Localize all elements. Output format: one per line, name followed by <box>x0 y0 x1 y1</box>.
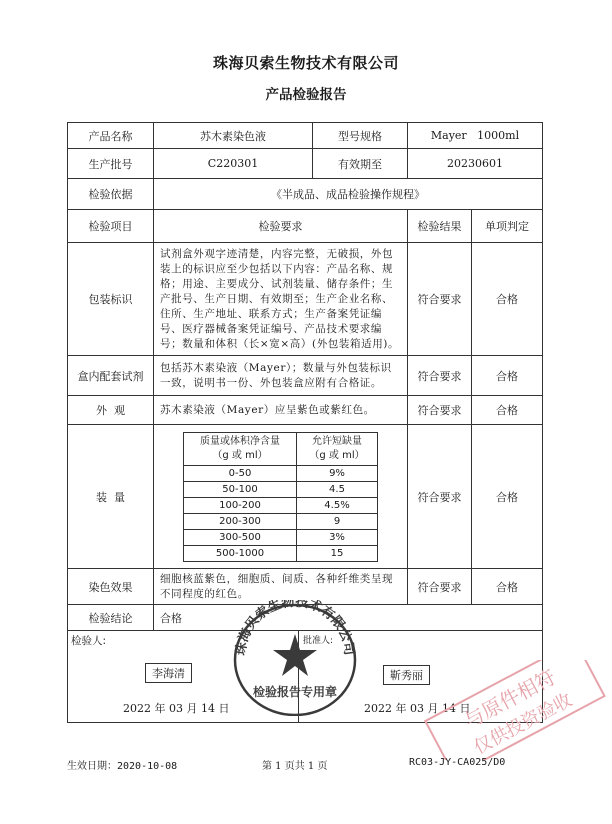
volume-row: 500-100015 <box>184 545 378 561</box>
report-title: 产品检验报告 <box>0 83 612 103</box>
item-result: 符合要求 <box>408 396 472 424</box>
column-item: 检验项目 <box>68 210 154 242</box>
allowed-shortage: 9 <box>297 513 378 529</box>
item-name: 盒内配套试剂 <box>68 356 154 395</box>
header-line: （g 或 ml） <box>301 449 373 463</box>
volume-header-left: 质量或体积净含量 （g 或 ml） <box>184 432 297 465</box>
item-name: 外 观 <box>68 396 154 424</box>
item-requirement: 苏木素染液（Mayer）应呈紫色或紫红色。 <box>154 396 408 424</box>
model-label: 型号规格 <box>313 123 408 148</box>
allowed-shortage: 15 <box>297 545 378 561</box>
conclusion-value: 合格 <box>154 605 542 630</box>
item-row-kit-reagents: 盒内配套试剂 包括苏木素染液（Mayer）；数量与外包装标识一致，说明书一份、外… <box>68 356 542 396</box>
approver-date: 2022 年 03 月 14 日 <box>364 700 470 716</box>
expiry-value: 20230601 <box>408 149 542 178</box>
company-name: 珠海贝索生物技术有限公司 <box>0 52 612 73</box>
product-name-value: 苏木素染色液 <box>154 123 313 148</box>
header-line: 质量或体积净含量 <box>188 435 292 449</box>
conclusion-label: 检验结论 <box>68 605 154 630</box>
product-info-row: 产品名称 苏木素染色液 型号规格 Mayer 1000ml <box>68 123 542 149</box>
header-line: 允许短缺量 <box>301 435 373 449</box>
item-requirement: 包括苏木素染液（Mayer）；数量与外包装标识一致，说明书一份、外包装盒应附有合… <box>154 356 408 395</box>
inspector-label: 检验人: <box>71 633 106 648</box>
volume-row: 300-5003% <box>184 529 378 545</box>
item-judgment: 合格 <box>472 356 542 395</box>
approver-name: 靳秀丽 <box>383 665 430 685</box>
inspection-report-table: 产品名称 苏木素染色液 型号规格 Mayer 1000ml 生产批号 C2203… <box>67 122 543 723</box>
approver-label: 批准人: <box>303 633 333 646</box>
inspector-name: 李海清 <box>145 663 192 683</box>
item-result: 符合要求 <box>408 243 472 355</box>
volume-range: 300-500 <box>184 529 297 545</box>
volume-row: 100-2004.5% <box>184 497 378 513</box>
item-result: 符合要求 <box>408 569 472 604</box>
header-line: （g 或 ml） <box>188 449 292 463</box>
item-result: 符合要求 <box>408 356 472 395</box>
column-header-row: 检验项目 检验要求 检验结果 单项判定 <box>68 210 542 243</box>
batch-label: 生产批号 <box>68 149 154 178</box>
item-requirement: 试剂盒外观字迹清楚，内容完整，无破损，外包装上的标识应至少包括以下内容：产品名称… <box>154 243 408 355</box>
signature-divider <box>298 631 299 722</box>
allowed-shortage: 3% <box>297 529 378 545</box>
volume-shortage-table: 质量或体积净含量 （g 或 ml） 允许短缺量 （g 或 ml） 0-509%5… <box>183 432 378 562</box>
batch-row: 生产批号 C220301 有效期至 20230601 <box>68 149 542 179</box>
item-name: 染色效果 <box>68 569 154 604</box>
volume-range: 500-1000 <box>184 545 297 561</box>
volume-range: 100-200 <box>184 497 297 513</box>
item-name: 装 量 <box>68 425 154 568</box>
item-judgment: 合格 <box>472 425 542 568</box>
item-row-appearance: 外 观 苏木素染液（Mayer）应呈紫色或紫红色。 符合要求 合格 <box>68 396 542 425</box>
item-judgment: 合格 <box>472 396 542 424</box>
volume-range: 200-300 <box>184 513 297 529</box>
page-number: 第 1 页共 1 页 <box>262 757 327 772</box>
volume-header-right: 允许短缺量 （g 或 ml） <box>297 432 378 465</box>
basis-label: 检验依据 <box>68 179 154 209</box>
item-result: 符合要求 <box>408 425 472 568</box>
expiry-label: 有效期至 <box>313 149 408 178</box>
signature-row: 检验人: 李海清 2022 年 03 月 14 日 批准人: 靳秀丽 2022 … <box>68 631 542 722</box>
volume-row: 50-1004.5 <box>184 481 378 497</box>
column-result: 检验结果 <box>408 210 472 242</box>
effective-date: 生效日期：2020-10-08 <box>67 757 177 772</box>
volume-range: 50-100 <box>184 481 297 497</box>
conclusion-row: 检验结论 合格 <box>68 605 542 631</box>
allowed-shortage: 4.5 <box>297 481 378 497</box>
column-judgment: 单项判定 <box>472 210 542 242</box>
product-name-label: 产品名称 <box>68 123 154 148</box>
batch-value: C220301 <box>154 149 313 178</box>
inspector-date: 2022 年 03 月 14 日 <box>123 700 229 716</box>
item-row-packaging: 包装标识 试剂盒外观字迹清楚，内容完整，无破损，外包装上的标识应至少包括以下内容… <box>68 243 542 356</box>
volume-row: 0-509% <box>184 465 378 481</box>
column-requirement: 检验要求 <box>154 210 408 242</box>
item-requirement: 质量或体积净含量 （g 或 ml） 允许短缺量 （g 或 ml） 0-509%5… <box>154 425 408 568</box>
volume-row: 200-3009 <box>184 513 378 529</box>
volume-range: 0-50 <box>184 465 297 481</box>
document-code: RC03-JY-CA025/D0 <box>409 757 505 768</box>
allowed-shortage: 4.5% <box>297 497 378 513</box>
basis-row: 检验依据 《半成品、成品检验操作规程》 <box>68 179 542 210</box>
item-row-staining: 染色效果 细胞核蓝紫色，细胞质、间质、各种纤维类呈现不同程度的红色。 符合要求 … <box>68 569 542 605</box>
item-judgment: 合格 <box>472 243 542 355</box>
allowed-shortage: 9% <box>297 465 378 481</box>
item-row-volume: 装 量 质量或体积净含量 （g 或 ml） 允许短缺量 （g 或 ml） <box>68 425 542 569</box>
item-requirement: 细胞核蓝紫色，细胞质、间质、各种纤维类呈现不同程度的红色。 <box>154 569 408 604</box>
item-name: 包装标识 <box>68 243 154 355</box>
item-judgment: 合格 <box>472 569 542 604</box>
basis-value: 《半成品、成品检验操作规程》 <box>154 179 542 209</box>
model-value: Mayer 1000ml <box>408 123 542 148</box>
